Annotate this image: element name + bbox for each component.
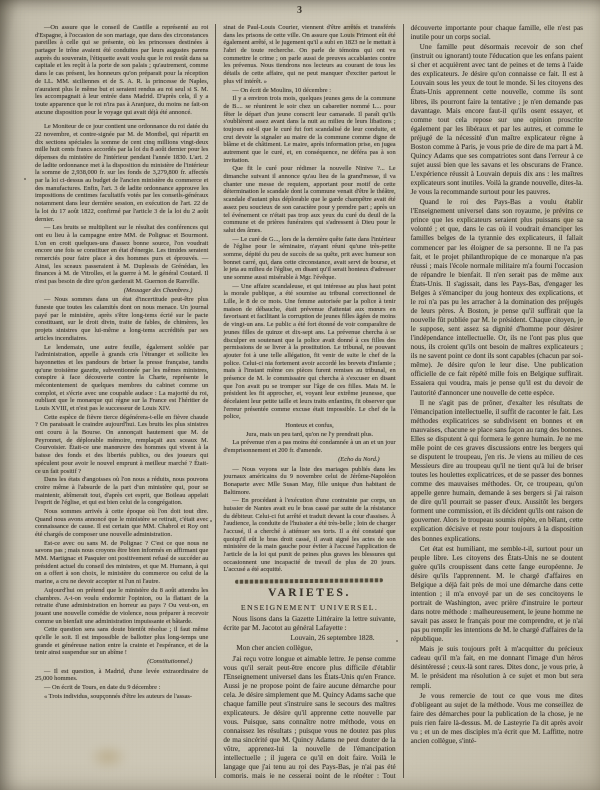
letter-paragraph: Cet état est humiliant, me semble-t-il, …: [411, 545, 583, 645]
news-paragraph: — Une affaire scandaleuse, et qui intére…: [223, 283, 395, 421]
letter-paragraph: Je vous remercie de tout ce que vous me …: [411, 692, 583, 746]
news-paragraph: Aujourd'hui on prétend que le ministère …: [35, 587, 208, 625]
source-attribution: (Echo du Nord.): [223, 456, 395, 464]
column-1: —On assure que le conseil de Castille a …: [28, 24, 215, 778]
column-3: découverte importante pour chaque famill…: [403, 24, 590, 778]
news-paragraph: — En procédant à l'exécution d'une contr…: [223, 497, 395, 574]
page-number: 3: [0, 5, 600, 16]
verse-line: Jura, mais un peu tard, qu'on ne l'y pre…: [223, 431, 395, 439]
column-layout: —On assure que le conseil de Castille a …: [28, 24, 590, 778]
news-paragraph: — Le curé de G..., lors de la dernière q…: [223, 236, 395, 282]
news-paragraph: —On assure que le conseil de Castille a …: [35, 24, 208, 116]
letter-paragraph: découverte importante pour chaque famill…: [411, 24, 583, 42]
letter-dateline: Louvain, 26 septembre 1828.: [223, 634, 395, 643]
letter-intro: Nous lisons dans la Gazette Littéraire l…: [223, 615, 395, 633]
news-paragraph: Cette question sera sans doute bientôt r…: [35, 626, 208, 657]
letter-paragraph: Une famille peut désormais recevoir de s…: [411, 43, 583, 197]
news-paragraph: — Il est question, à Madrid, d'une levée…: [35, 668, 208, 683]
source-attribution: (Constitutionnel.): [35, 658, 208, 666]
varietes-section-title: VARIETES.: [223, 587, 395, 601]
news-paragraph: — On écrit de Tours, en date du 9 décemb…: [35, 684, 208, 692]
news-paragraph: Est-ce avec ou sans M. de Polignac ? C'e…: [35, 540, 208, 586]
decorative-separator: [235, 578, 383, 584]
news-paragraph: Le lendemain, une autre feuille, égaleme…: [35, 344, 208, 413]
newspaper-page: 3 —On assure que le conseil de Castille …: [0, 0, 600, 790]
letter-paragraph: J'ai reçu votre longue et aimable lettre…: [223, 655, 395, 778]
verse-line: Honteux et confus,: [223, 422, 395, 430]
letter-paragraph: Il ne s'agit pas de prôner, d'exalter le…: [411, 399, 583, 544]
news-paragraph: Le Moniteur de ce jour contient une ordo…: [35, 123, 208, 223]
news-paragraph: Que fit le curé pour rédimer la nouvelle…: [223, 165, 395, 234]
news-paragraph: Il y a environ trois mois, quelques jeun…: [223, 95, 395, 164]
news-paragraph: Cette espèce de fièvre tierce dégénérera…: [35, 414, 208, 476]
news-paragraph: — Les bruits se multiplient sur le résul…: [35, 224, 208, 286]
ink-specks: [24, 178, 26, 180]
article-subtitle: ENSEIGNEMENT UNIVERSEL.: [223, 603, 395, 612]
source-attribution: (Messager des Chambres.): [35, 287, 208, 295]
news-paragraph: sinat de Paul-Louis Courier, viennent d'…: [223, 24, 395, 86]
news-paragraph: Dans les états d'angoisses où l'on nous …: [35, 476, 208, 507]
column-2: sinat de Paul-Louis Courier, viennent d'…: [215, 24, 402, 778]
news-paragraph: — On écrit de Moulins, 10 décembre :: [223, 87, 395, 95]
news-paragraph: Nous sommes arrivés à cette époque où l'…: [35, 508, 208, 539]
letter-salutation: Mon cher ancien collègue,: [223, 644, 395, 653]
news-paragraph: La prévenue n'en a pas moins été condamn…: [223, 439, 395, 454]
news-paragraph: — Nous sommes dans un état d'incertitude…: [35, 296, 208, 342]
letter-paragraph: Quand le roi des Pays-Bas a voulu établi…: [411, 198, 583, 397]
section-rule: [99, 119, 145, 120]
news-paragraph: « Trois individus, soupçonnés d'être les…: [35, 693, 208, 701]
letter-paragraph: Mais je suis toujours prêt à m'acquitter…: [411, 645, 583, 690]
news-paragraph: — Nous voyons sur la liste des mariages …: [223, 466, 395, 497]
